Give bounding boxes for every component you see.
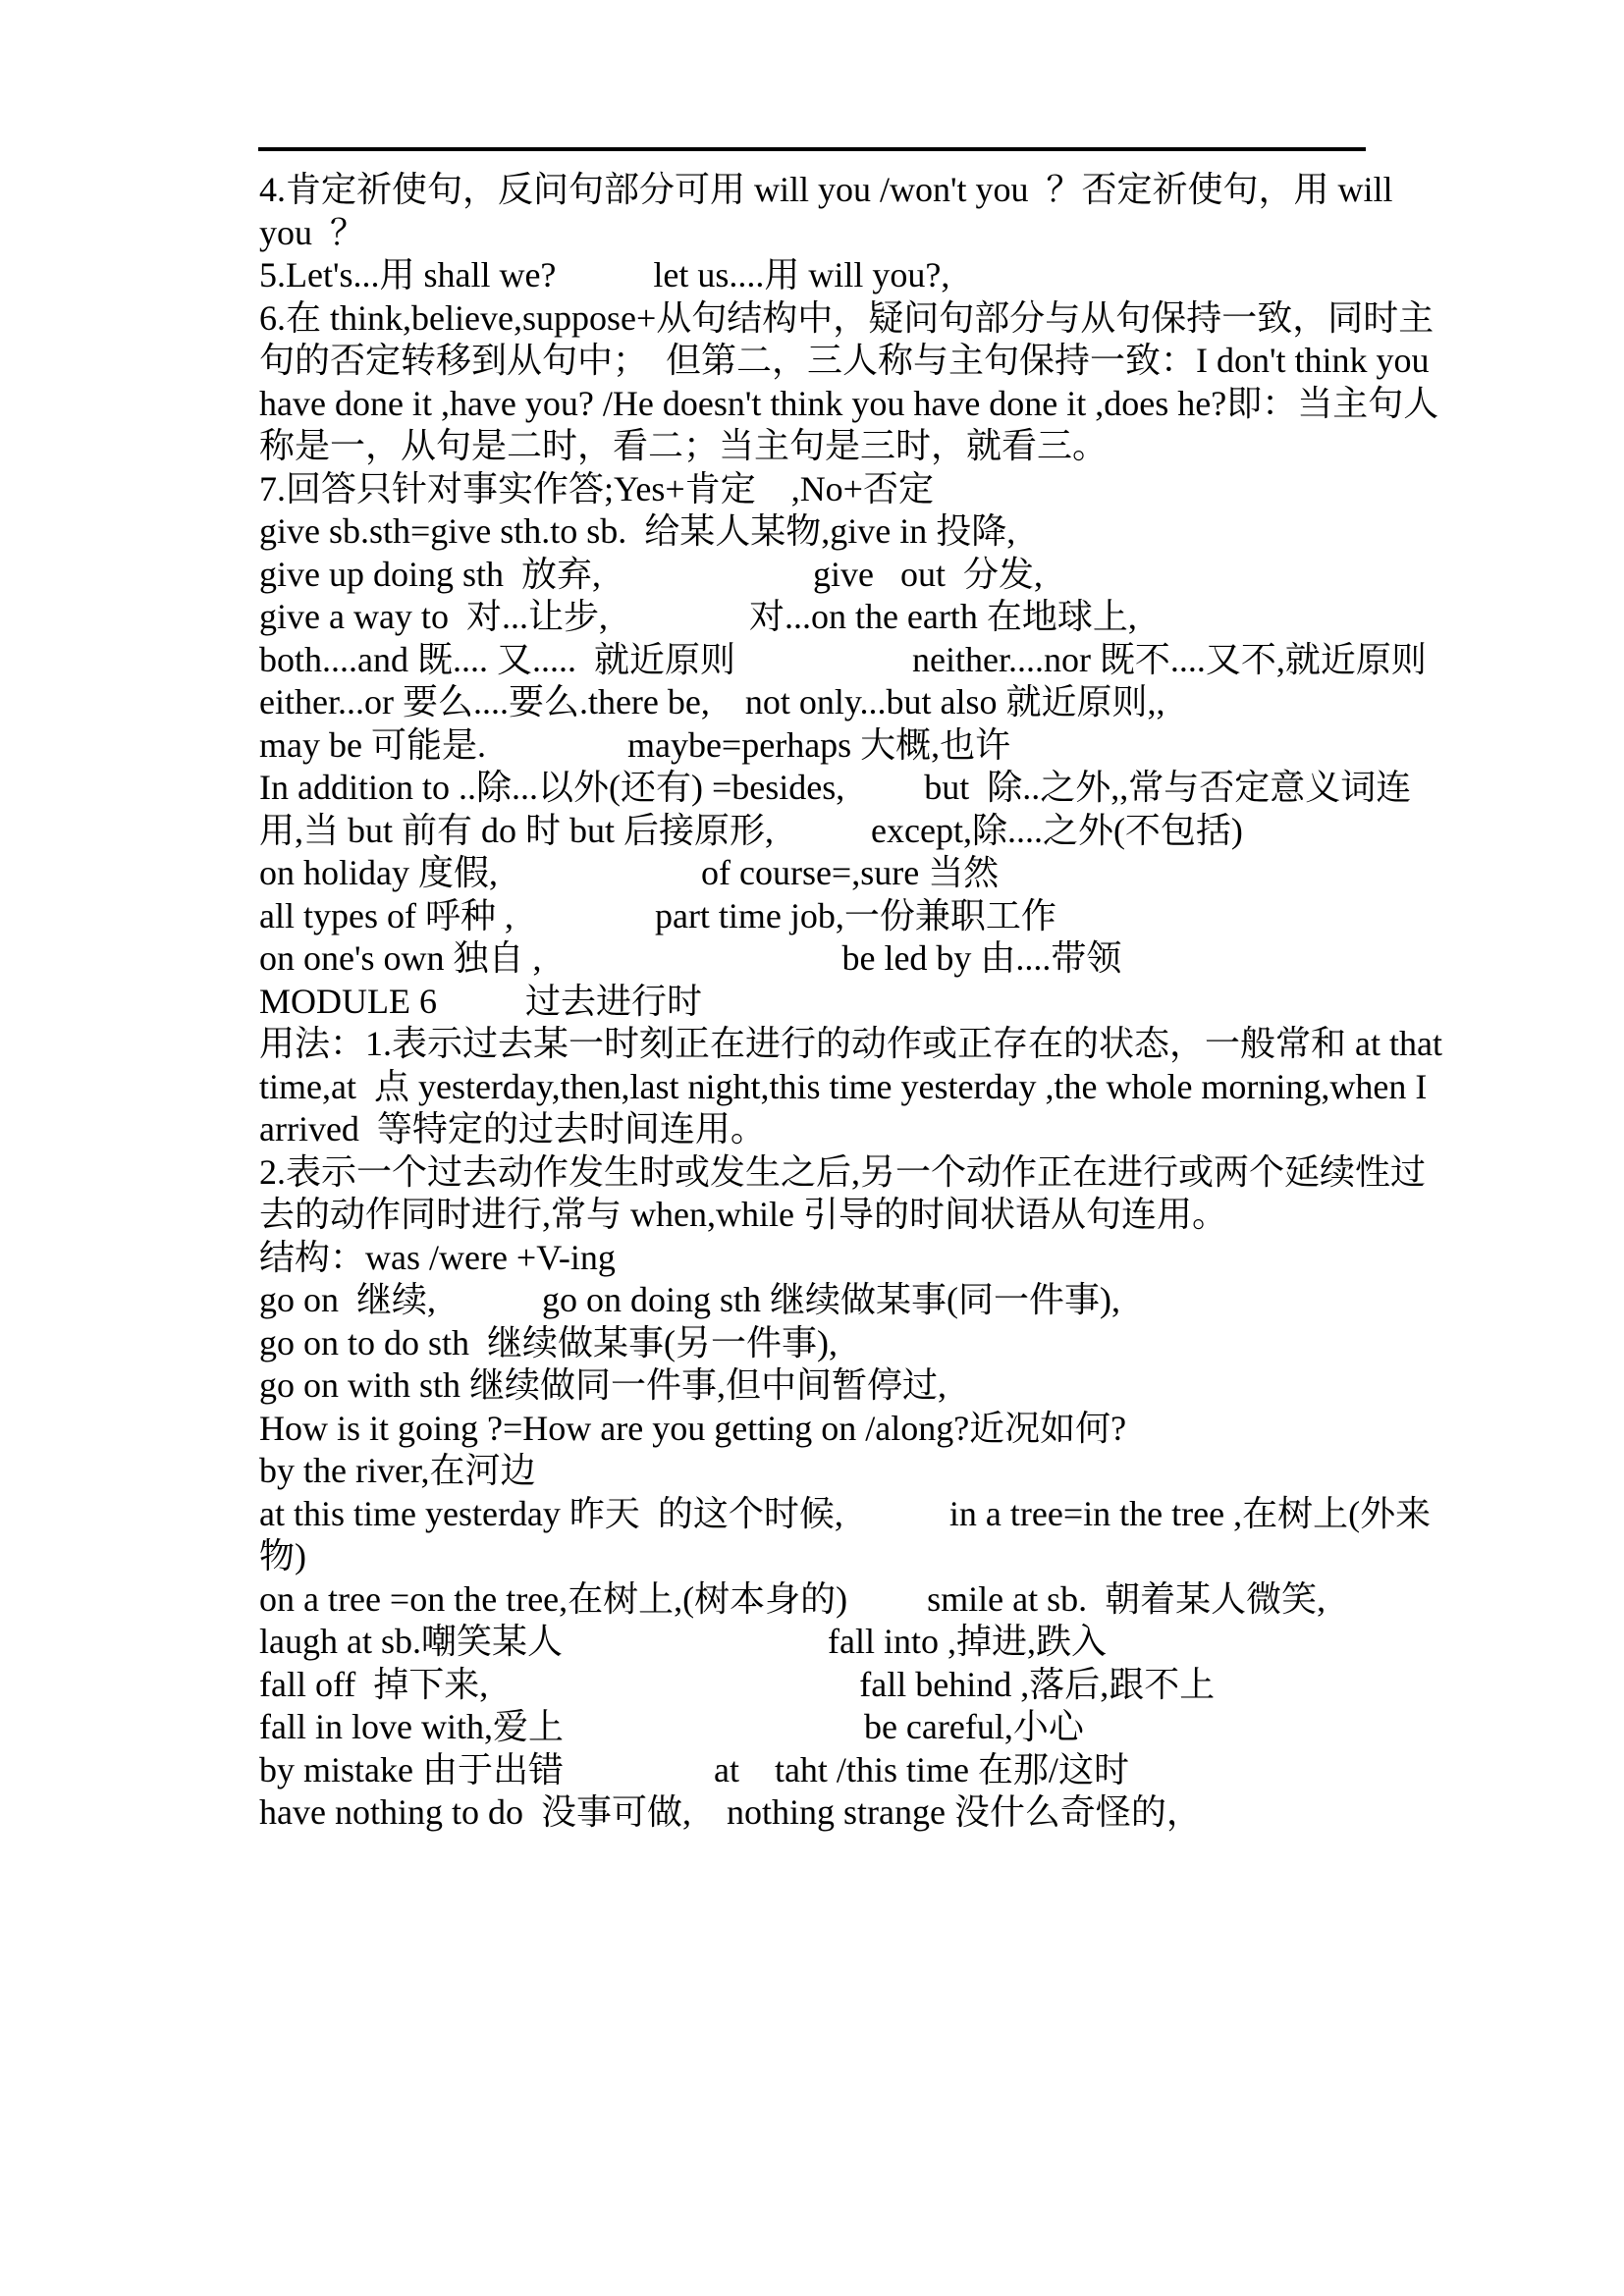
text-line: arrived 等特定的过去时间连用。 (259, 1108, 1384, 1151)
text-line: give up doing sth 放弃, give out 分发, (259, 554, 1384, 597)
text-line: fall in love with,爱上 be careful,小心 (259, 1706, 1384, 1749)
document-page: 4.肯定祈使句，反问句部分可用 will you /won't you ？否定祈… (0, 0, 1624, 2296)
text-line: 称是一，从句是二时，看二；当主句是三时，就看三。 (259, 425, 1384, 468)
text-line: on one's own 独自 , be led by 由....带领 (259, 937, 1384, 981)
text-line: by mistake 由于出错 at taht /this time 在那/这时 (259, 1749, 1384, 1792)
text-line: you ？ (259, 212, 1384, 255)
text-line: fall off 掉下来, fall behind ,落后,跟不上 (259, 1664, 1384, 1707)
text-line: all types of 呼种 , part time job,一份兼职工作 (259, 895, 1384, 938)
text-line: 5.Let's...用 shall we? let us....用 will y… (259, 254, 1384, 297)
text-line: by the river,在河边 (259, 1450, 1384, 1493)
text-line: on a tree =on the tree,在树上,(树本身的) smile … (259, 1578, 1384, 1622)
text-line: 去的动作同时进行,常与 when,while 引导的时间状语从句连用。 (259, 1194, 1384, 1237)
document-content: 4.肯定祈使句，反问句部分可用 will you /won't you ？否定祈… (259, 169, 1384, 1835)
text-line: give a way to 对...让步, 对...on the earth 在… (259, 596, 1384, 639)
text-line: go on to do sth 继续做某事(另一件事), (259, 1322, 1384, 1365)
text-line: go on 继续, go on doing sth 继续做某事(同一件事), (259, 1279, 1384, 1322)
text-line: In addition to ..除...以外(还有) =besides, bu… (259, 767, 1384, 810)
text-line: 6.在 think,believe,suppose+从句结构中，疑问句部分与从句… (259, 297, 1384, 341)
text-line: either...or 要么....要么.there be, not only.… (259, 681, 1384, 724)
text-line: go on with sth 继续做同一件事,但中间暂停过, (259, 1364, 1384, 1408)
text-line: have nothing to do 没事可做, nothing strange… (259, 1791, 1384, 1835)
text-line: How is it going ?=How are you getting on… (259, 1408, 1384, 1451)
text-line: at this time yesterday 昨天 的这个时候, in a tr… (259, 1493, 1384, 1536)
text-line: 用,当 but 前有 do 时 but 后接原形, except,除....之外… (259, 810, 1384, 853)
text-line: time,at 点 yesterday,then,last night,this… (259, 1066, 1384, 1109)
text-line: 物) (259, 1535, 1384, 1578)
text-line: MODULE 6 过去进行时 (259, 981, 1384, 1024)
text-line: 用法：1.表示过去某一时刻正在进行的动作或正存在的状态，一般常和 at that (259, 1023, 1384, 1066)
header-rule-divider (258, 147, 1366, 151)
text-line: 结构：was /were +V-ing (259, 1237, 1384, 1280)
text-line: on holiday 度假, of course=,sure 当然 (259, 852, 1384, 895)
text-line: give sb.sth=give sth.to sb. 给某人某物,give i… (259, 510, 1384, 554)
text-line: laugh at sb.嘲笑某人 fall into ,掉进,跌入 (259, 1621, 1384, 1664)
text-line: 2.表示一个过去动作发生时或发生之后,另一个动作正在进行或两个延续性过 (259, 1151, 1384, 1195)
text-line: both....and 既.... 又..... 就近原则 neither...… (259, 639, 1384, 682)
text-line: have done it ,have you? /He doesn't thin… (259, 383, 1384, 426)
text-line: 4.肯定祈使句，反问句部分可用 will you /won't you ？否定祈… (259, 169, 1384, 212)
text-line: 7.回答只针对事实作答;Yes+肯定 ,No+否定 (259, 468, 1384, 511)
text-line: may be 可能是. maybe=perhaps 大概,也许 (259, 724, 1384, 768)
text-line: 句的否定转移到从句中； 但第二，三人称与主句保持一致：I don't think… (259, 340, 1384, 383)
